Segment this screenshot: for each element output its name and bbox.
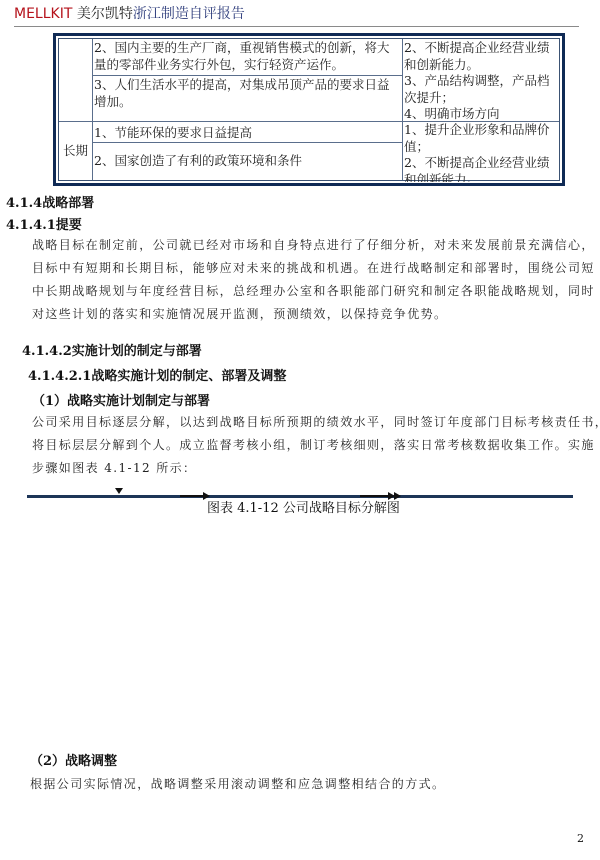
plan-paragraph: 公司采用目标逐层分解，以达到战略目标所预期的绩效水平，同时签订年度部门目标考核责… [32,411,600,480]
page-header: MELLKIT 美尔凯特浙江制造自评报告 [14,4,579,27]
measure-item: 4、明确市场方向 [404,106,557,121]
table-cell-measures: 2、不断提高企业经营业绩和创新能力。 3、产品结构调整，产品档次提升； 4、明确… [403,40,558,121]
table-cell-measures: 1、提升企业形象和品牌价值； 2、不断提高企业经营业绩和创新能力。 [403,122,558,182]
header-title-part2: 浙江制造自评报告 [133,6,245,22]
figure-caption: 图表 4.1-12 公司战略目标分解图 [207,497,400,516]
paragraph-line: 中长期战略规划与年度经营目标，总经理办公室和各职能部门研究和制定各职能战略规划，… [32,280,595,303]
table-cell-factor: 1、节能环保的要求日益提高 [93,125,402,142]
table-divider [92,142,402,143]
adjust-paragraph: 根据公司实际情况，战略调整采用滚动调整和应急调整相结合的方式。 [30,773,445,796]
paragraph-line: 根据公司实际情况，战略调整采用滚动调整和应急调整相结合的方式。 [30,773,445,796]
heading-4-1-4: 4.1.4战略部署 [6,192,94,211]
table-divider [92,75,402,76]
heading-plan-deploy: （1）战略实施计划制定与部署 [32,390,210,409]
table-cell-factor: 2、国家创造了有利的政策环境和条件 [93,153,402,180]
period-label: 长期 [63,143,88,160]
strategy-table: 2、国内主要的生产厂商，重视销售模式的创新，将大量的零部件业务实行外包，实行轻资… [53,33,565,186]
strategy-table-inner: 2、国内主要的生产厂商，重视销售模式的创新，将大量的零部件业务实行外包，实行轻资… [58,38,560,181]
table-cell-period [59,39,92,121]
paragraph-line: 将目标层层分解到个人。成立监督考核小组，制订考核细则，落实日常考核数据收集工作。… [32,434,600,457]
paragraph-line: 公司采用目标逐层分解，以达到战略目标所预期的绩效水平，同时签订年度部门目标考核责… [32,411,600,434]
measure-item: 3、产品结构调整，产品档次提升； [404,73,557,106]
measure-item: 2、不断提高企业经营业绩和创新能力。 [404,155,557,182]
page-number: 2 [577,832,584,845]
paragraph-line: 战略目标在制定前，公司就已经对市场和自身特点进行了仔细分析，对未来发展前景充满信… [32,234,595,257]
header-title-part1: 美尔凯特 [77,6,133,22]
heading-4-1-4-2: 4.1.4.2实施计划的制定与部署 [22,340,202,359]
heading-4-1-4-2-1: 4.1.4.2.1战略实施计划的制定、部署及调整 [28,365,286,384]
measure-item: 2、不断提高企业经营业绩和创新能力。 [404,40,557,73]
arrow-down-icon [115,488,123,494]
summary-paragraph: 战略目标在制定前，公司就已经对市场和自身特点进行了仔细分析，对未来发展前景充满信… [32,234,595,326]
paragraph-line: 步骤如图表 4.1-12 所示： [32,457,600,480]
measure-item: 1、提升企业形象和品牌价值； [404,122,557,155]
paragraph-line: 目标中有短期和长期目标，能够应对未来的挑战和机遇。在进行战略制定和部署时，围绕公… [32,257,595,280]
heading-strategy-adjust: （2）战略调整 [30,750,117,769]
heading-4-1-4-1: 4.1.4.1提要 [6,214,82,233]
paragraph-line: 对这些计划的落实和实施情况展开监测，预测绩效，以保持竞争优势。 [32,303,595,326]
table-cell-factor: 2、国内主要的生产厂商，重视销售模式的创新，将大量的零部件业务实行外包，实行轻资… [93,40,402,75]
table-cell-period: 长期 [59,122,92,180]
brand-logo-text: MELLKIT [14,6,72,22]
table-cell-factor: 3、人们生活水平的提高，对集成吊顶产品的要求日益增加。 [93,77,402,121]
